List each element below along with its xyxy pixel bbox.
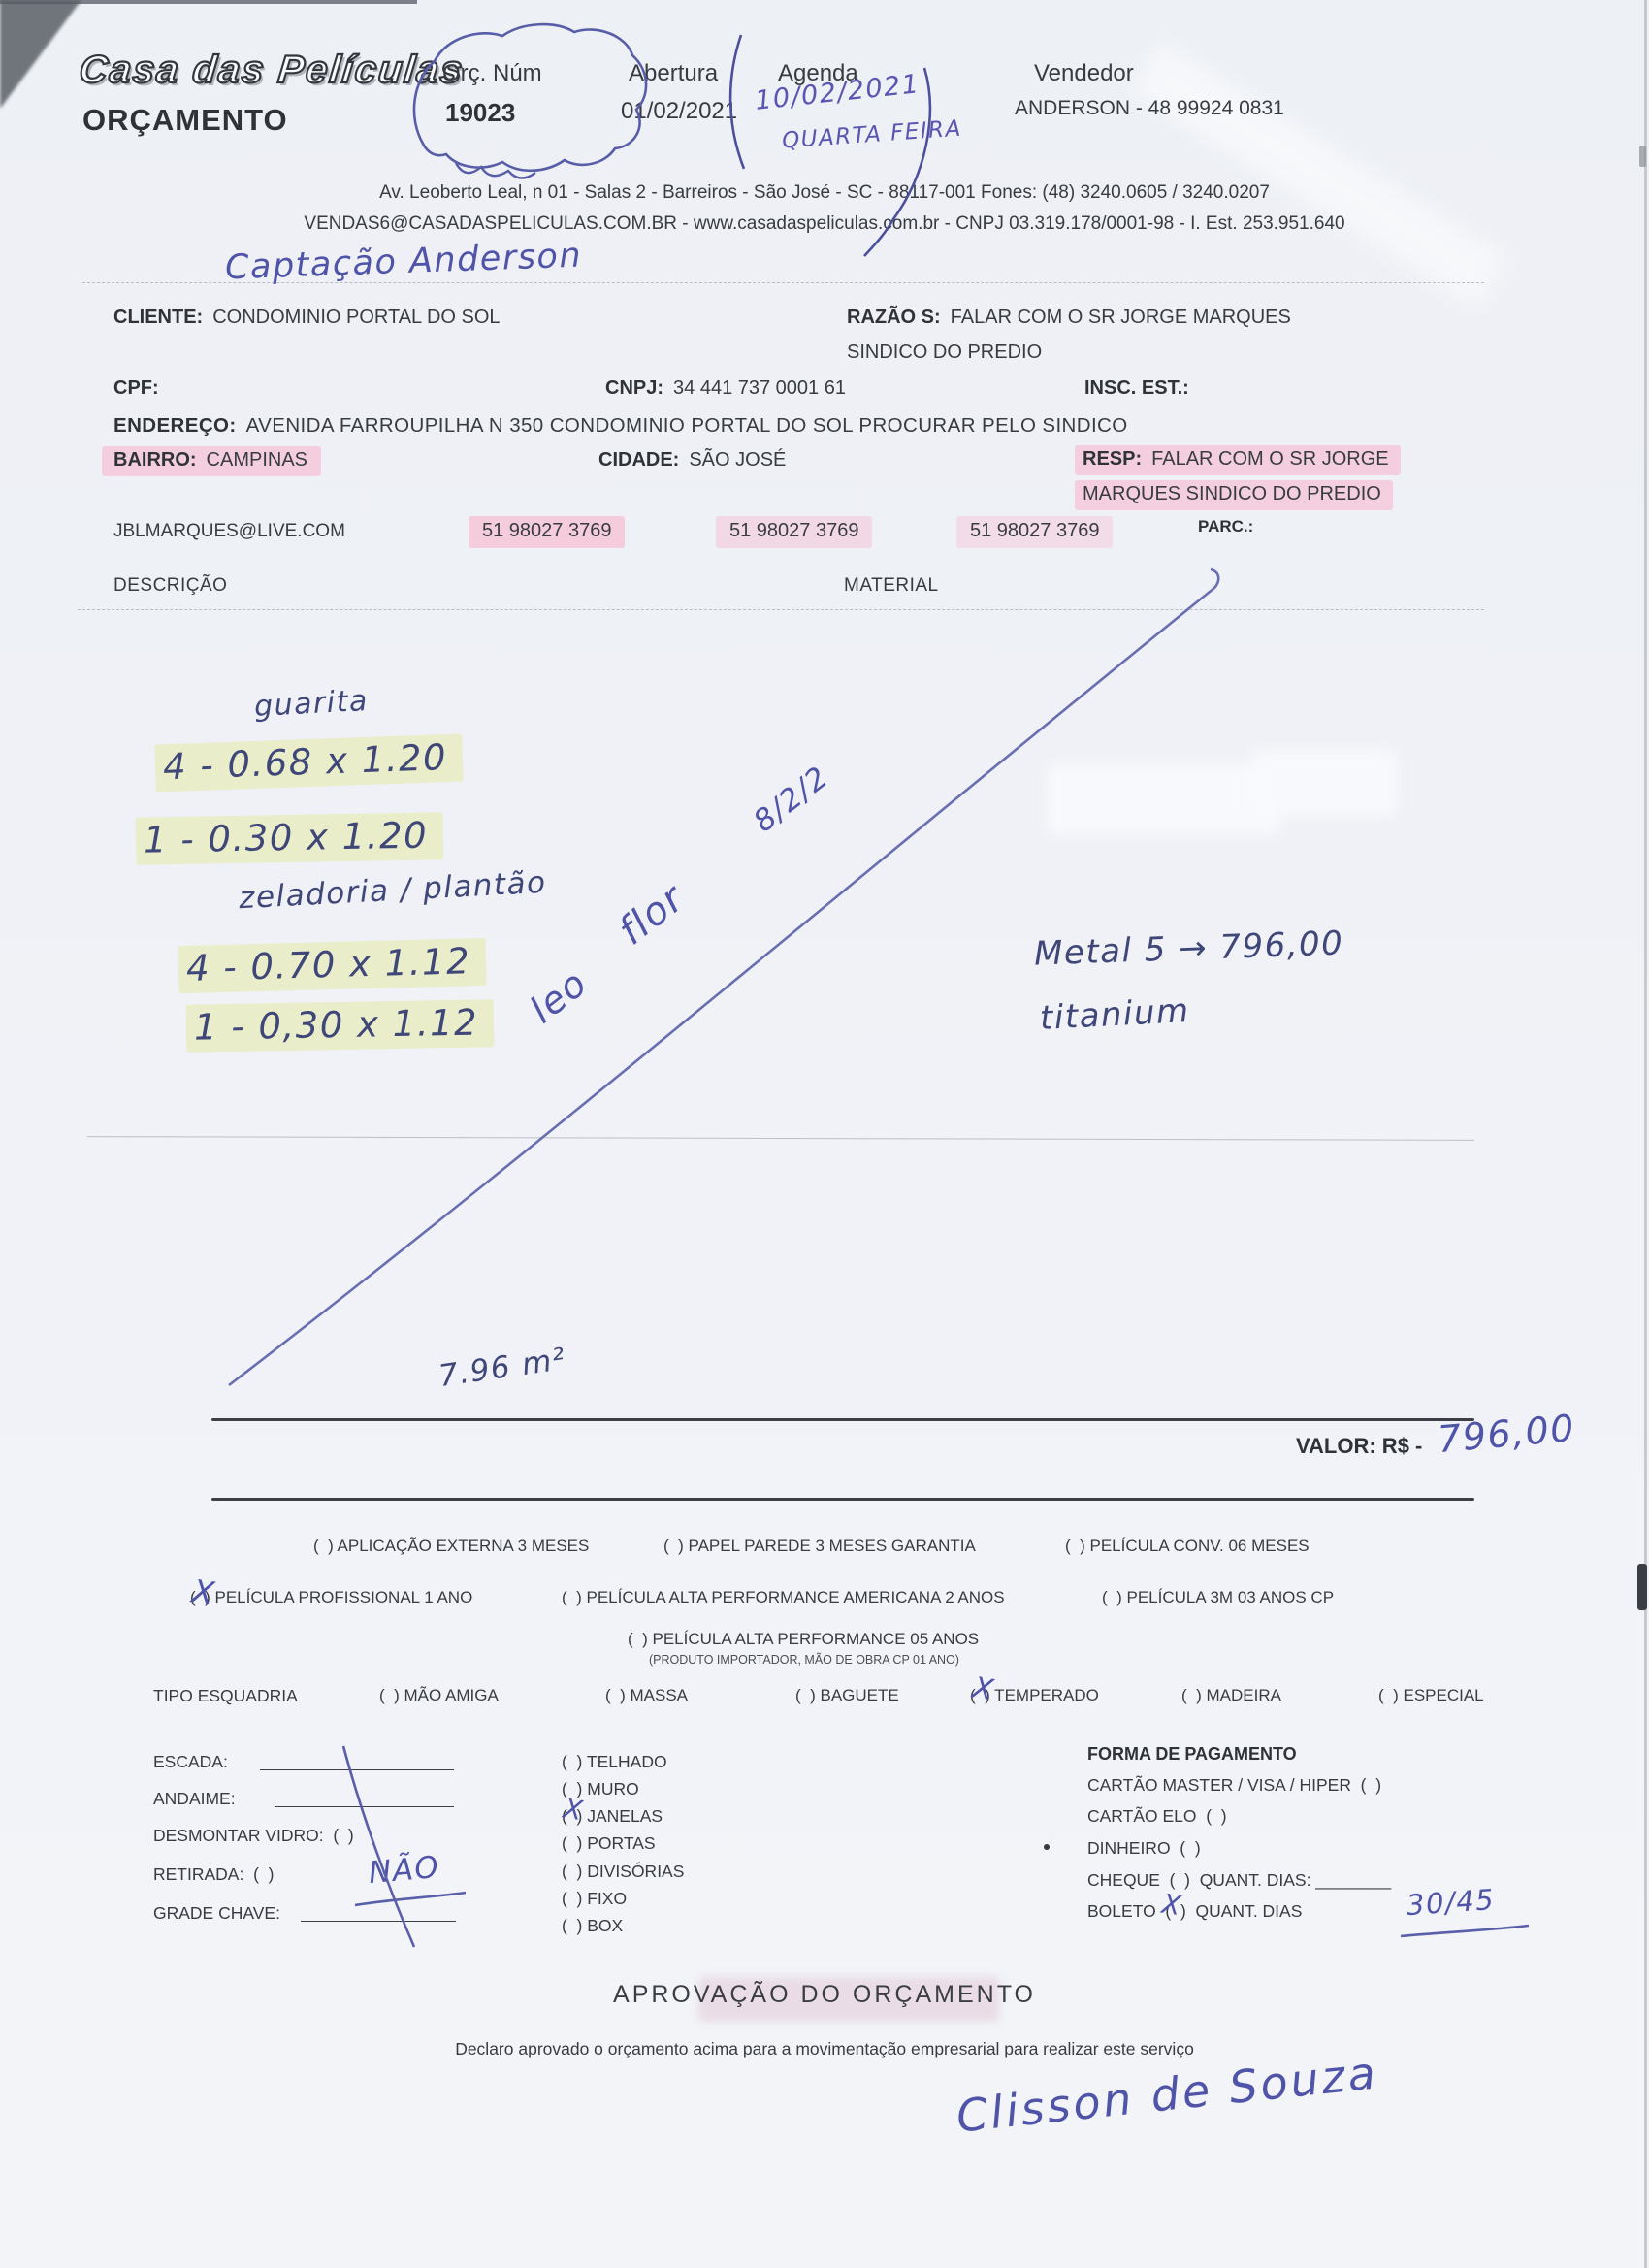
payment-title: FORMA DE PAGAMENTO <box>1087 1744 1297 1765</box>
payment-cartao-elo: CARTÃO ELO ( ) <box>1087 1806 1227 1827</box>
film-option-pelicula-conv: ( ) PELÍCULA CONV. 06 MESES <box>1065 1537 1309 1556</box>
hw-total-area: 7.96 m² <box>436 1342 568 1394</box>
surface-telhado: ( ) TELHADO <box>562 1752 667 1772</box>
esquadria-massa: ( ) MASSA <box>605 1686 688 1705</box>
cnpj-value: 34 441 737 0001 61 <box>673 377 846 400</box>
field-andaime: ANDAIME: <box>153 1789 236 1809</box>
surface-divisorias: ( ) DIVISÓRIAS <box>562 1862 684 1882</box>
hw-measure-4: 1 - 0,30 x 1.12 <box>186 999 495 1053</box>
client-phone-3: 51 98027 3769 <box>956 516 1113 548</box>
resp-label: RESP: <box>1083 448 1142 470</box>
film-option-alta-performance-05-subtext: (PRODUTO IMPORTADOR, MÃO DE OBRA CP 01 A… <box>649 1653 959 1667</box>
cliente-row: CLIENTE: CONDOMINIO PORTAL DO SOL <box>113 307 501 329</box>
orc-num-cloud-scallop <box>456 163 535 178</box>
scan-right-edge <box>1644 0 1647 2268</box>
client-phone-1: 51 98027 3769 <box>469 516 625 548</box>
resp-row: RESP: FALAR COM O SR JORGE <box>1075 445 1401 475</box>
tipo-esquadria-label: TIPO ESQUADRIA <box>153 1686 298 1706</box>
scan-corner-artifact <box>0 0 81 109</box>
descricao-header: DESCRIÇÃO <box>113 575 227 597</box>
check-x-boleto: X <box>1160 1888 1184 1923</box>
hw-material-metal: Metal 5 → 796,00 <box>1033 923 1344 973</box>
resp-value-line2: MARQUES SINDICO DO PREDIO <box>1075 480 1393 510</box>
field-escada-line <box>260 1752 454 1770</box>
cidade-value: SÃO JOSÉ <box>689 449 786 471</box>
valor-rule-top <box>211 1418 1474 1421</box>
crease-line <box>87 1136 1474 1141</box>
company-logo: Casa das Películas <box>78 49 467 92</box>
film-option-aplicacao-externa: ( ) APLICAÇÃO EXTERNA 3 MESES <box>313 1537 589 1556</box>
payment-cartao-master: CARTÃO MASTER / VISA / HIPER ( ) <box>1087 1775 1381 1796</box>
film-option-3m: ( ) PELÍCULA 3M 03 ANOS CP <box>1102 1588 1334 1607</box>
scan-top-edge <box>0 0 417 4</box>
agenda-day-handwritten: QUARTA FEIRA <box>781 116 962 154</box>
field-andaime-line <box>275 1789 454 1807</box>
payment-cheque: CHEQUE ( ) QUANT. DIAS: ________ <box>1087 1870 1391 1891</box>
bairro-value: CAMPINAS <box>207 449 307 471</box>
resp-value-line1: FALAR COM O SR JORGE <box>1151 448 1388 470</box>
cnpj-label: CNPJ: <box>605 377 663 400</box>
abertura-value: 01/02/2021 <box>621 98 737 125</box>
vendedor-value: ANDERSON - 48 99924 0831 <box>1015 97 1284 120</box>
field-desmontar-vidro: DESMONTAR VIDRO: ( ) <box>153 1826 354 1846</box>
valor-rule-bottom <box>211 1498 1474 1501</box>
endereco-row: ENDEREÇO: AVENIDA FARROUPILHA N 350 COND… <box>113 414 1128 437</box>
hw-material-titanium: titanium <box>1039 991 1190 1038</box>
razao-value-line2: SINDICO DO PREDIO <box>847 341 1042 364</box>
field-escada: ESCADA: <box>153 1752 228 1772</box>
approval-declaration: Declaro aprovado o orçamento acima para … <box>0 2039 1649 2059</box>
endereco-value: AVENIDA FARROUPILHA N 350 CONDOMINIO POR… <box>246 414 1128 437</box>
field-grade-chave: GRADE CHAVE: <box>153 1903 280 1924</box>
hw-boleto-dias: 30/45 <box>1406 1883 1496 1922</box>
scan-right-smudge <box>1639 146 1646 167</box>
whiteout-patch-1 <box>1048 764 1280 834</box>
hw-flor: flor <box>610 876 693 955</box>
hw-measure-3: 4 - 0.70 x 1.12 <box>178 938 486 993</box>
cliente-label: CLIENTE: <box>113 307 203 329</box>
cnpj-row: CNPJ: 34 441 737 0001 61 <box>605 377 846 400</box>
dias-underline <box>1401 1926 1529 1936</box>
orc-num-value: 19023 <box>445 98 515 128</box>
form-grid-line <box>82 282 1484 283</box>
vendedor-label: Vendedor <box>1034 60 1134 87</box>
payment-dinheiro: DINHEIRO ( ) <box>1087 1838 1201 1859</box>
hw-measure-2: 1 - 0.30 x 1.20 <box>136 812 444 865</box>
bairro-label: BAIRRO: <box>113 449 197 471</box>
hw-diagonal-date: 8/2/2 <box>747 760 835 839</box>
scan-crease-streak <box>1131 42 1507 307</box>
captacao-handwritten: Captação Anderson <box>224 237 582 288</box>
abertura-label: Abertura <box>629 60 718 87</box>
cidade-row: CIDADE: SÃO JOSÉ <box>598 449 786 471</box>
form-grid-line-2 <box>78 609 1484 610</box>
company-address-line: Av. Leoberto Leal, n 01 - Salas 2 - Barr… <box>0 182 1649 204</box>
surface-portas: ( ) PORTAS <box>562 1833 656 1854</box>
film-option-profissional: ( ) PELÍCULA PROFISSIONAL 1 ANO <box>190 1588 472 1607</box>
cidade-label: CIDADE: <box>598 449 679 471</box>
pen-strokes-overlay <box>0 0 1649 2268</box>
hw-leo: leo <box>522 961 596 1032</box>
scan-right-mark <box>1637 1564 1647 1610</box>
hw-signature: Clisson de Souza <box>954 2046 1380 2142</box>
payment-dinheiro-bullet <box>1044 1844 1050 1850</box>
esquadria-mao-amiga: ( ) MÃO AMIGA <box>379 1686 499 1705</box>
valor-label: VALOR: R$ - <box>1296 1434 1422 1459</box>
esquadria-madeira: ( ) MADEIRA <box>1181 1686 1281 1705</box>
company-contact-line: VENDAS6@CASADASPELICULAS.COM.BR - www.ca… <box>0 213 1649 235</box>
hw-measure-1: 4 - 0.68 x 1.20 <box>154 733 464 792</box>
esquadria-especial: ( ) ESPECIAL <box>1378 1686 1484 1705</box>
field-retirada: RETIRADA: ( ) <box>153 1864 274 1885</box>
razao-value-line1: FALAR COM O SR JORGE MARQUES <box>951 307 1291 329</box>
doc-type-title: ORÇAMENTO <box>82 103 288 138</box>
hw-valor-value: 796,00 <box>1436 1407 1576 1461</box>
whiteout-patch-2 <box>1251 750 1397 816</box>
payment-boleto: BOLETO ( ) QUANT. DIAS <box>1087 1901 1302 1922</box>
surface-box: ( ) BOX <box>562 1916 623 1936</box>
insc-est-label: INSC. EST.: <box>1084 377 1189 400</box>
cliente-value: CONDOMINIO PORTAL DO SOL <box>212 307 500 329</box>
esquadria-baguete: ( ) BAGUETE <box>795 1686 899 1705</box>
razao-row: RAZÃO S: FALAR COM O SR JORGE MARQUES <box>847 307 1291 329</box>
approval-title: APROVAÇÃO DO ORÇAMENTO <box>0 1981 1649 2009</box>
client-phone-2: 51 98027 3769 <box>716 516 872 548</box>
endereco-label: ENDEREÇO: <box>113 414 237 437</box>
cpf-label: CPF: <box>113 377 159 400</box>
material-header: MATERIAL <box>844 575 939 597</box>
client-email: JBLMARQUES@LIVE.COM <box>113 521 345 542</box>
parc-label: PARC.: <box>1198 517 1253 536</box>
field-grade-chave-line <box>301 1903 456 1922</box>
hw-guarita: guarita <box>253 684 369 724</box>
film-option-papel-parede: ( ) PAPEL PAREDE 3 MESES GARANTIA <box>663 1537 976 1556</box>
film-option-alta-performance-americana: ( ) PELÍCULA ALTA PERFORMANCE AMERICANA … <box>562 1588 1005 1607</box>
orc-num-label: Orç. Núm <box>442 60 542 87</box>
film-option-alta-performance-05: ( ) PELÍCULA ALTA PERFORMANCE 05 ANOS <box>628 1630 979 1649</box>
scanned-budget-form: Casa das Películas ORÇAMENTO Orç. Núm 19… <box>0 0 1649 2268</box>
hw-retirada-nao: NÃO <box>368 1850 441 1891</box>
surface-fixo: ( ) FIXO <box>562 1889 627 1909</box>
razao-label: RAZÃO S: <box>847 307 941 329</box>
hw-zeladoria: zeladoria / plantão <box>238 865 547 917</box>
bairro-row: BAIRRO: CAMPINAS <box>102 446 321 476</box>
